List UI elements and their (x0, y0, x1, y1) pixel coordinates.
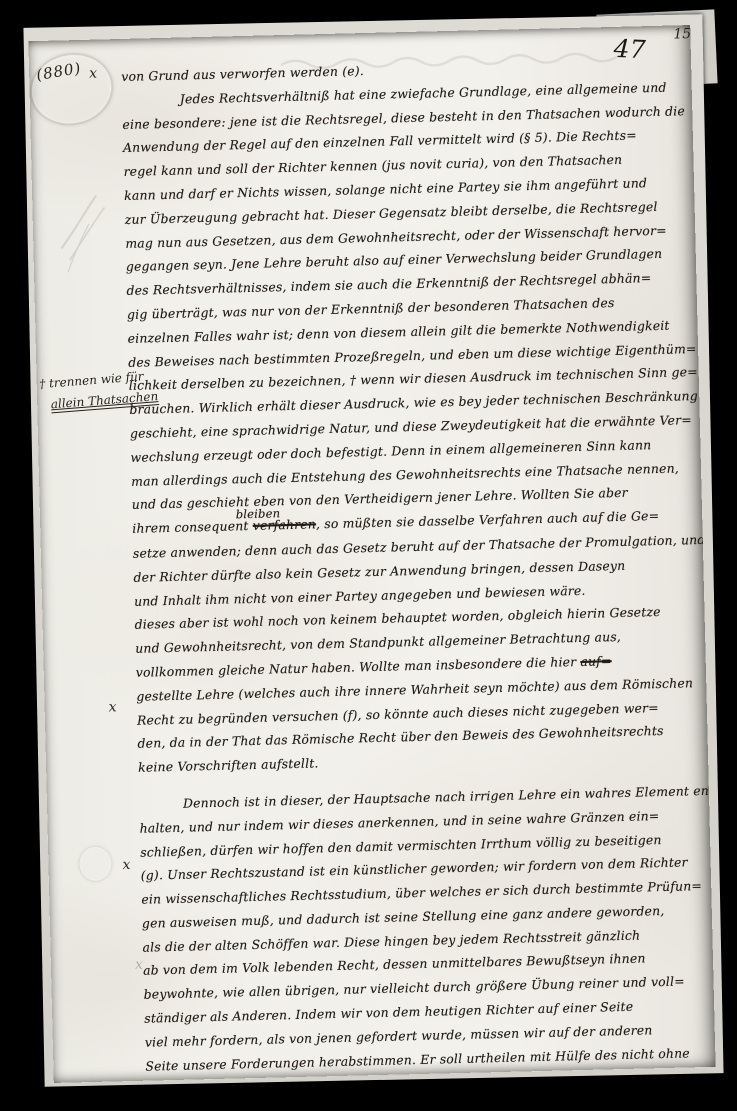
manuscript-text-block: von Grund aus verworfen werden (e). Jede… (121, 51, 712, 1078)
manuscript-paragraph-2: Dennoch ist in dieser, der Hauptsache na… (139, 779, 712, 1078)
manuscript-text: ihrem consequent (132, 518, 253, 536)
scan-background: (880) 47 15 x † trennen wie für allein T… (0, 0, 737, 1111)
manuscript-insert-word: bleiben (235, 503, 236, 527)
embossed-stamp-ring-faint (78, 845, 113, 882)
manuscript-page: (880) 47 15 x † trennen wie für allein T… (28, 25, 715, 1083)
insertion-dagger-mark: † (39, 377, 46, 391)
manuscript-text: , so müßten sie dasselbe Verfahren auch … (316, 508, 660, 531)
margin-x-mark-faint: x (135, 957, 143, 973)
margin-x-mark: x (108, 699, 116, 715)
bleed-through-marks (44, 189, 116, 281)
margin-x-mark: x (122, 857, 130, 873)
manuscript-strike-word: auf= (580, 653, 611, 669)
manuscript-paragraph-1: Jedes Rechtsverhältniß hat eine zwiefach… (122, 75, 705, 780)
margin-x-mark: x (89, 66, 97, 82)
page-number-corner: 15 (673, 26, 691, 42)
